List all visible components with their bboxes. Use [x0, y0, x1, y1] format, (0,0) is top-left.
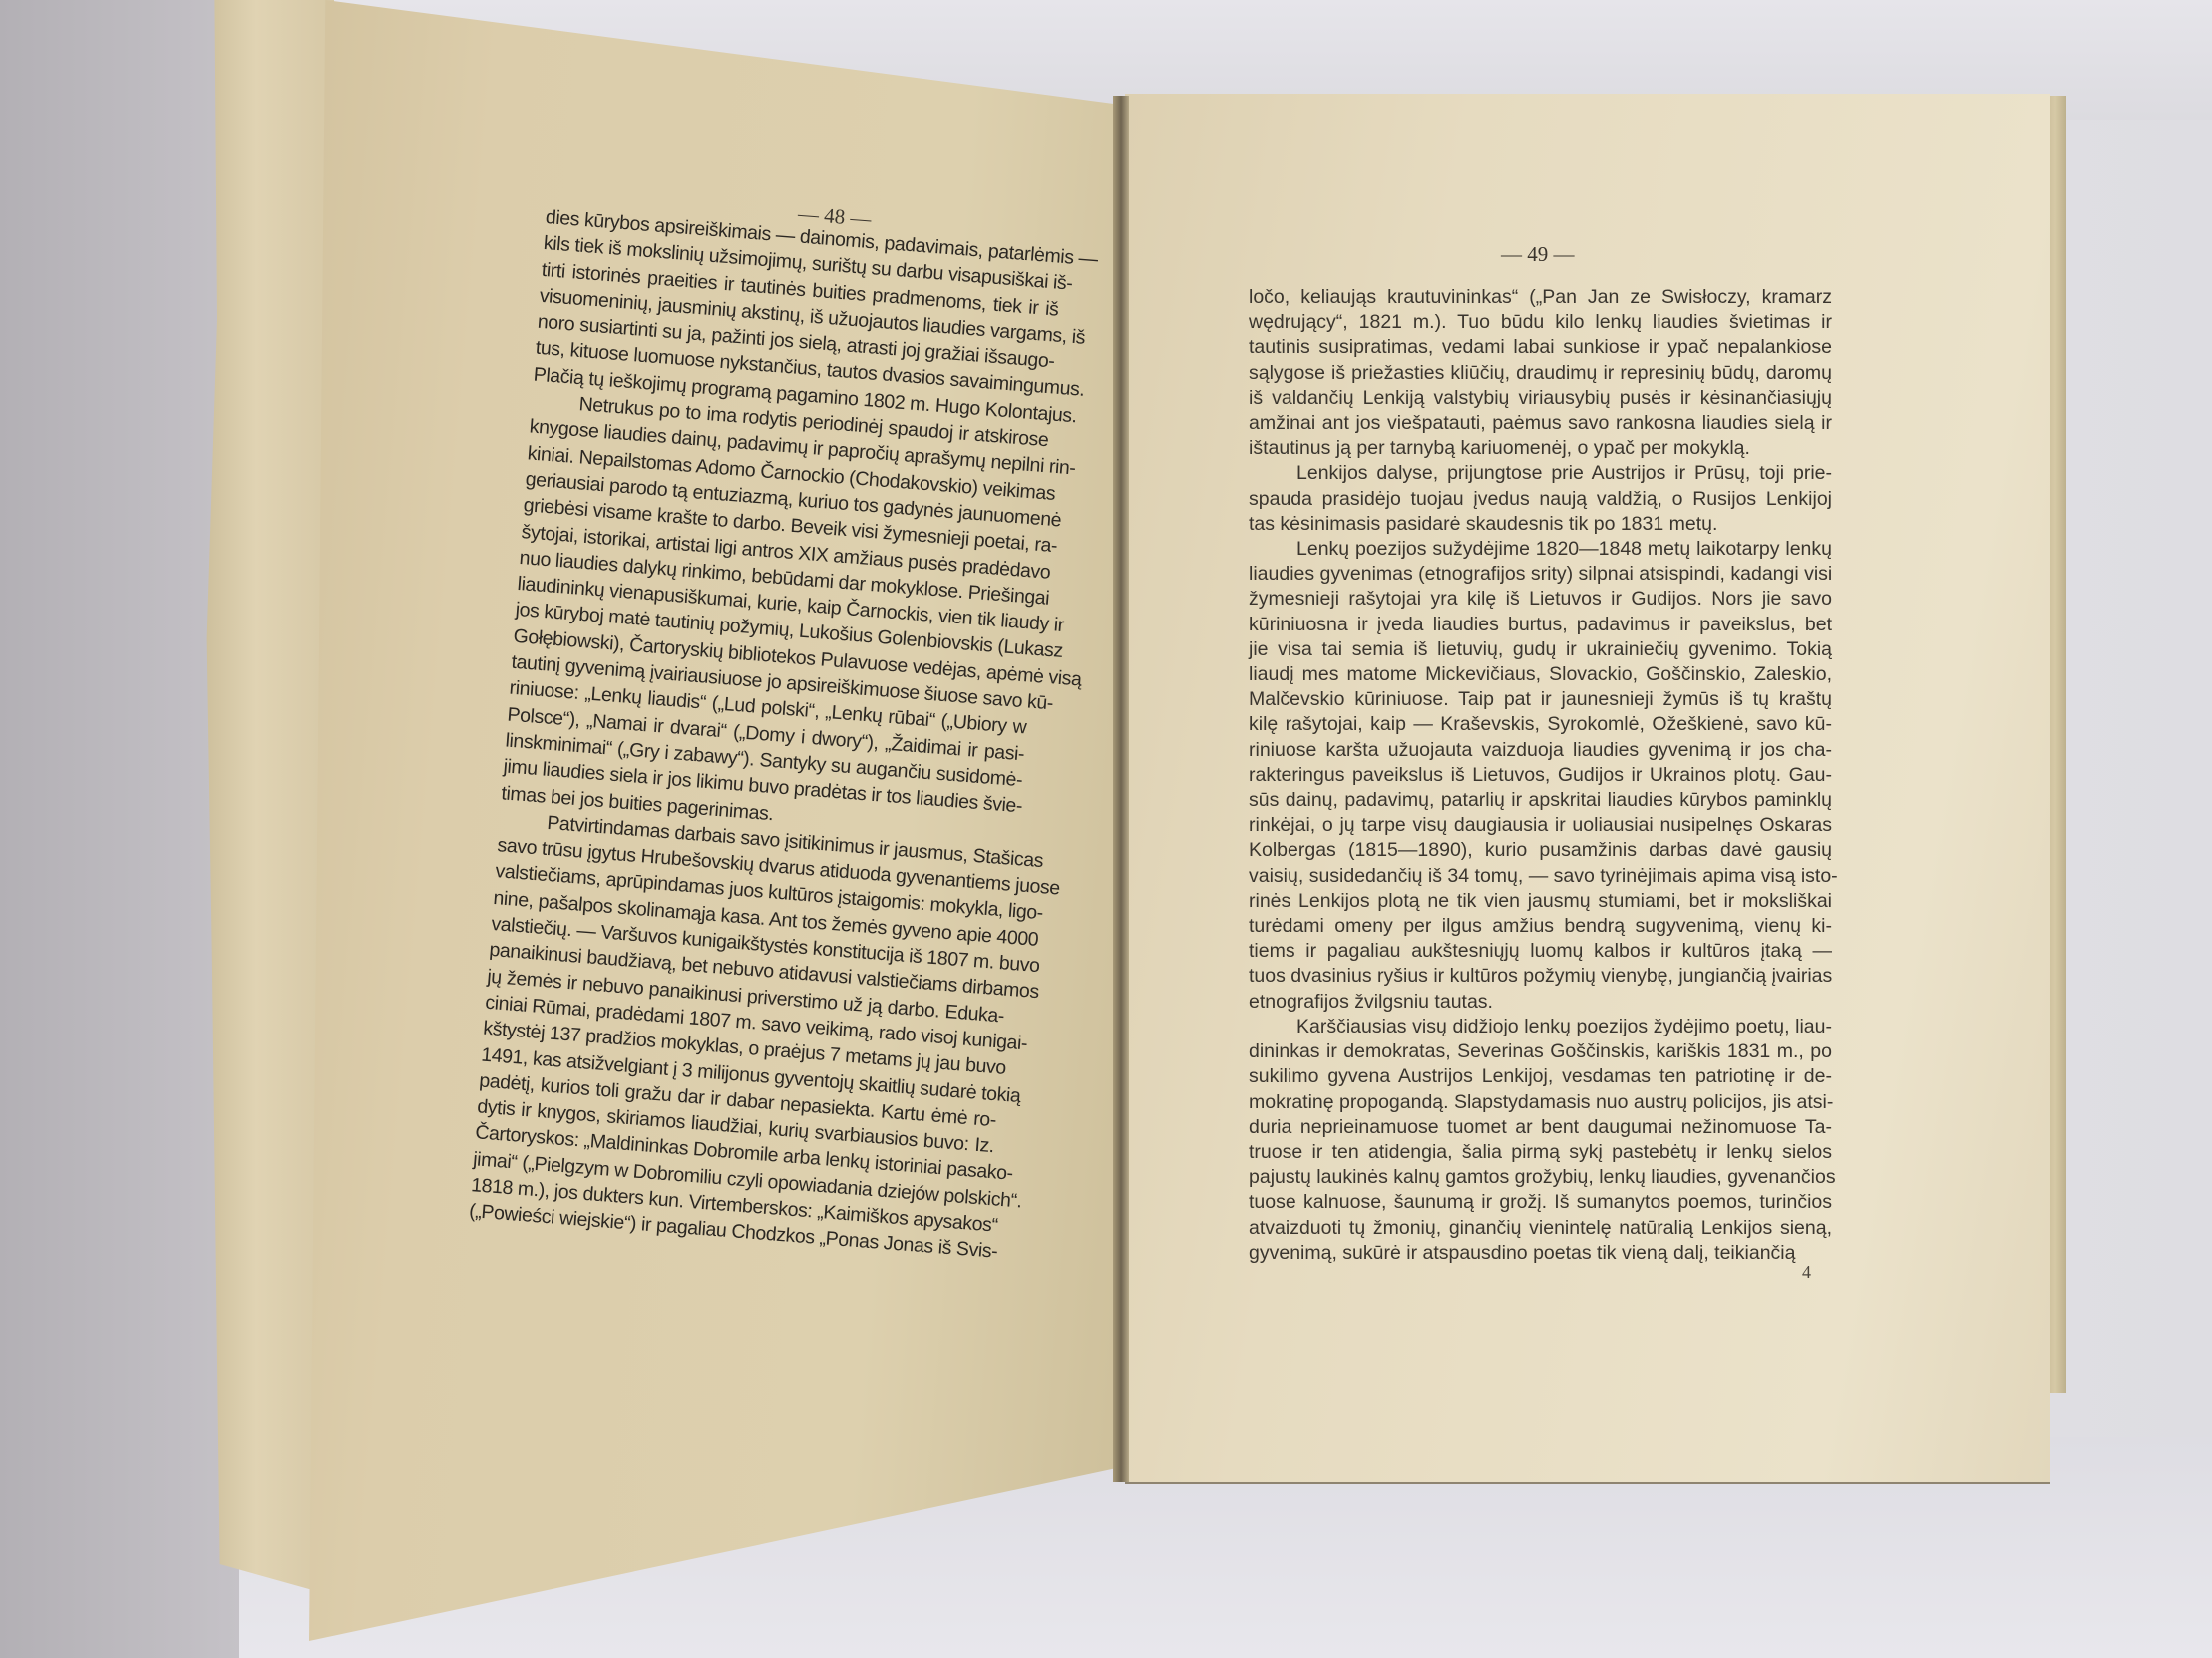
right-page-text: ločo, keliaująs krautuvininkas“ („Pan Ja… [1249, 285, 1832, 1266]
text-line: rakteringus paveikslus iš Lietuvos, Gudi… [1249, 763, 1832, 788]
text-line: kūriniuosna ir įveda liaudies burtus, pa… [1249, 613, 1832, 637]
text-line: Lenkijos dalyse, prijungtose prie Austri… [1249, 461, 1832, 486]
text-line: rinės Lenkijos plotą ne tik vien jausmų … [1249, 889, 1832, 914]
text-line: Karščiausias visų didžiojo lenkų poezijo… [1249, 1015, 1832, 1039]
text-line: tas kėsinimasis pasidarė skaudesnis tik … [1249, 512, 1832, 537]
text-line: Lenkų poezijos sužydėjime 1820—1848 metų… [1249, 537, 1832, 562]
text-line: etnografijos žvilgsniu tautas. [1249, 990, 1832, 1015]
text-line: spauda prasidėjo tuojau įvedus naują val… [1249, 487, 1832, 512]
page-number-right: — 49 — [1501, 242, 1575, 267]
text-line: truose ir ten atidengia, šalia pirmą syk… [1249, 1140, 1832, 1165]
text-line: turėdami omeny per ilgus amžius bendrą s… [1249, 914, 1832, 939]
text-line: Kolbergas (1815—1890), kurio pusamžinis … [1249, 838, 1832, 863]
text-line: Malčevskio kūriniuose. Taip pat ir jaune… [1249, 687, 1832, 712]
text-line: jie visa tai semia iš lietuvių, gudų ir … [1249, 637, 1832, 662]
text-line: tiems ir pagaliau aukštesniųjų luomų kal… [1249, 939, 1832, 964]
text-line: rinkėjai, o jų tarpe visų daugiausia ir … [1249, 813, 1832, 838]
text-line: kilę rašytojai, kaip — Kraševskis, Syrok… [1249, 712, 1832, 737]
shadow-area [0, 0, 239, 1658]
text-line: dininkas ir demokratas, Severinas Goščin… [1249, 1039, 1832, 1064]
text-line: sukilimo gyvena Austrijos Lenkijoj, vesd… [1249, 1064, 1832, 1089]
text-line: gyvenimą, sukūrė ir atspausdino poetas t… [1249, 1241, 1832, 1266]
text-line: tuos dvasinius ryšius ir kultūros požymi… [1249, 964, 1832, 989]
text-line: sūs dainų, padavimų, patarlių ir apskrit… [1249, 788, 1832, 813]
text-line: liaudį mes matome Mickevičiaus, Slovacki… [1249, 662, 1832, 687]
text-line: liaudies gyvenimas (etnografijos srity) … [1249, 562, 1832, 587]
text-line: iš valdančių Lenkiją valstybių viriausyb… [1249, 386, 1832, 411]
text-line: pajustų laukinės kalnų gamtos grožybių, … [1249, 1165, 1832, 1190]
text-line: tuose kalnuose, šaunumą ir grožį. Iš sum… [1249, 1190, 1832, 1215]
signature-mark: 4 [1802, 1262, 1811, 1283]
text-line: amžinai ant jos viešpatauti, paėmus savo… [1249, 411, 1832, 436]
text-line: vaisių, susidedančių iš 34 tomų, — savo … [1249, 864, 1832, 889]
text-line: wędrujący“, 1821 m.). Tuo būdu kilo lenk… [1249, 310, 1832, 335]
text-line: riniuose karšta užuojauta vaizduoja liau… [1249, 738, 1832, 763]
text-line: ločo, keliaująs krautuvininkas“ („Pan Ja… [1249, 285, 1832, 310]
text-line: tautinis susipratimas, vedami labai sunk… [1249, 335, 1832, 360]
text-line: ištautinus ją per tarnybą kariuomenėj, o… [1249, 436, 1832, 461]
text-line: sąlygose iš priežasties kliūčių, draudim… [1249, 361, 1832, 386]
book-gutter [1113, 96, 1129, 1482]
text-line: žymesnieji rašytojai yra kilę iš Lietuvo… [1249, 587, 1832, 612]
text-line: mokratinę propogandą. Slapstydamasis nuo… [1249, 1090, 1832, 1115]
left-page-text: dies kūrybos apsireiškimais — dainomis, … [468, 205, 1063, 1264]
text-line: atvaizduoti tų žmonių, ginančių vieninte… [1249, 1216, 1832, 1241]
text-line: duria neprieinamuose tuomet ar bent daug… [1249, 1115, 1832, 1140]
